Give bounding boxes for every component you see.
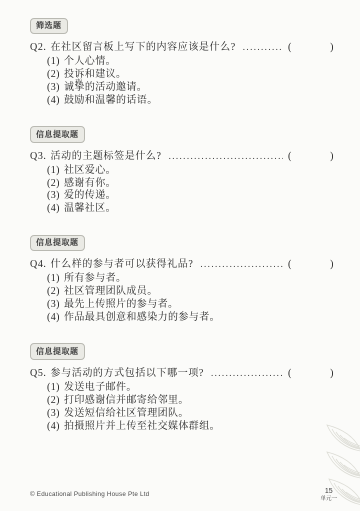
options-list: (1) 发送电子邮件。 (2) 打印感谢信并邮寄给邻里。 (3) 发送短信给社区… [30, 382, 334, 434]
option-number: (4) [47, 203, 64, 216]
option-text: 爱的传递。 [64, 190, 116, 203]
dotted-leader: ........................................… [243, 42, 283, 52]
option-text: 温馨社区。 [64, 203, 116, 216]
option-row: (4) 温馨社区。 [47, 203, 334, 216]
question-number: Q5. [30, 368, 47, 379]
option-row: (2) 投诉和建议。 [47, 69, 334, 82]
option-row: (3) 诚挚zhì的活动邀请。 [47, 82, 334, 95]
option-number: (4) [47, 312, 64, 325]
question-section-q4: 信息提取题 Q4. 什么样的参与者可以获得礼品? ...............… [30, 232, 334, 325]
option-number: (3) [47, 82, 64, 95]
option-number: (2) [47, 395, 64, 408]
bracket-open: ( [288, 368, 292, 379]
question-number: Q2. [30, 42, 47, 53]
option-number: (3) [47, 190, 64, 203]
option-text: 社区管理团队成员。 [64, 286, 158, 299]
option-row: (1) 个人心情。 [47, 56, 334, 69]
option-row: (1) 社区爱心。 [47, 165, 334, 178]
option-text: 作品最具创意和感染力的参与者。 [64, 312, 220, 325]
option-text: 所有参与者。 [64, 273, 126, 286]
option-text-post: 的活动邀请。 [85, 82, 147, 93]
option-text: 社区爱心。 [64, 165, 116, 178]
dotted-leader: ........................................… [211, 368, 283, 378]
option-text: 发送电子邮件。 [64, 382, 137, 395]
workbook-page: 筛选题 Q2. 在社区留言板上写下的内容应该是什么? .............… [0, 0, 360, 511]
ruby-base: 挚zhì [74, 82, 84, 93]
option-number: (4) [47, 95, 64, 108]
option-text: 投诉和建议。 [64, 69, 126, 82]
answer-bracket: () [288, 42, 334, 53]
question-line: Q3. 活动的主题标签是什么? ........................… [30, 147, 334, 162]
option-number: (2) [47, 69, 64, 82]
option-text-pre: 诚 [64, 82, 74, 93]
option-text: 个人心情。 [64, 56, 116, 69]
option-row: (3) 发送短信给社区管理团队。 [47, 408, 334, 421]
answer-bracket: () [288, 368, 334, 379]
questions-area: 筛选题 Q2. 在社区留言板上写下的内容应该是什么? .............… [0, 0, 360, 434]
bracket-close: ) [330, 151, 334, 162]
bracket-close: ) [330, 42, 334, 53]
dotted-leader: ........................................… [169, 151, 283, 161]
question-section-q5: 信息提取题 Q5. 参与活动的方式包括以下哪一项? ..............… [30, 341, 334, 434]
option-number: (1) [47, 382, 64, 395]
options-list: (1) 个人心情。 (2) 投诉和建议。 (3) 诚挚zhì的活动邀请。 (4)… [30, 56, 334, 108]
option-row: (2) 感谢有你。 [47, 178, 334, 191]
option-number: (2) [47, 178, 64, 191]
option-number: (2) [47, 286, 64, 299]
option-text: 拍摄照片并上传至社交媒体群组。 [64, 421, 220, 434]
option-text: 发送短信给社区管理团队。 [64, 408, 189, 421]
question-type-badge: 信息提取题 [30, 126, 85, 143]
options-list: (1) 所有参与者。 (2) 社区管理团队成员。 (3) 最先上传照片的参与者。… [30, 273, 334, 325]
option-number: (1) [47, 165, 64, 178]
bracket-close: ) [330, 368, 334, 379]
question-text: 在社区留言板上写下的内容应该是什么? [51, 38, 236, 53]
pinyin-annotation: zhì [75, 76, 81, 89]
question-number: Q4. [30, 259, 47, 270]
dotted-leader: ........................................… [200, 259, 283, 269]
bracket-open: ( [288, 42, 292, 53]
option-row: (2) 打印感谢信并邮寄给邻里。 [47, 395, 334, 408]
option-text: 诚挚zhì的活动邀请。 [64, 82, 147, 95]
question-line: Q5. 参与活动的方式包括以下哪一项? ....................… [30, 364, 334, 379]
question-type-badge: 信息提取题 [30, 343, 85, 360]
option-text: 最先上传照片的参与者。 [64, 299, 178, 312]
option-text: 打印感谢信并邮寄给邻里。 [64, 395, 189, 408]
question-line: Q2. 在社区留言板上写下的内容应该是什么? .................… [30, 38, 334, 53]
option-number: (4) [47, 421, 64, 434]
footer-copyright: © Educational Publishing House Pte Ltd [30, 491, 149, 498]
option-number: (1) [47, 56, 64, 69]
option-row: (3) 爱的传递。 [47, 190, 334, 203]
option-number: (1) [47, 273, 64, 286]
bracket-open: ( [288, 259, 292, 270]
option-row: (4) 拍摄照片并上传至社交媒体群组。 [47, 421, 334, 434]
option-row: (4) 作品最具创意和感染力的参与者。 [47, 312, 334, 325]
option-number: (3) [47, 408, 64, 421]
option-number: (3) [47, 299, 64, 312]
question-section-q3: 信息提取题 Q3. 活动的主题标签是什么? ..................… [30, 124, 334, 217]
option-row: (4) 鼓励和温馨的话语。 [47, 95, 334, 108]
option-row: (2) 社区管理团队成员。 [47, 286, 334, 299]
question-number: Q3. [30, 151, 47, 162]
question-text: 什么样的参与者可以获得礼品? [51, 255, 194, 270]
option-row: (1) 发送电子邮件。 [47, 382, 334, 395]
question-text: 活动的主题标签是什么? [51, 147, 162, 162]
options-list: (1) 社区爱心。 (2) 感谢有你。 (3) 爱的传递。 (4) 温馨社区。 [30, 165, 334, 217]
option-text: 鼓励和温馨的话语。 [64, 95, 158, 108]
question-type-badge: 信息提取题 [30, 235, 85, 252]
option-row: (1) 所有参与者。 [47, 273, 334, 286]
question-type-badge: 筛选题 [30, 18, 68, 35]
answer-bracket: () [288, 259, 334, 270]
question-text: 参与活动的方式包括以下哪一项? [51, 364, 204, 379]
question-section-q2: 筛选题 Q2. 在社区留言板上写下的内容应该是什么? .............… [30, 15, 334, 108]
option-row: (3) 最先上传照片的参与者。 [47, 299, 334, 312]
question-line: Q4. 什么样的参与者可以获得礼品? .....................… [30, 255, 334, 270]
bracket-open: ( [288, 151, 292, 162]
option-text: 感谢有你。 [64, 178, 116, 191]
bracket-close: ) [330, 259, 334, 270]
answer-bracket: () [288, 151, 334, 162]
leaf-decoration-icon [324, 423, 360, 511]
